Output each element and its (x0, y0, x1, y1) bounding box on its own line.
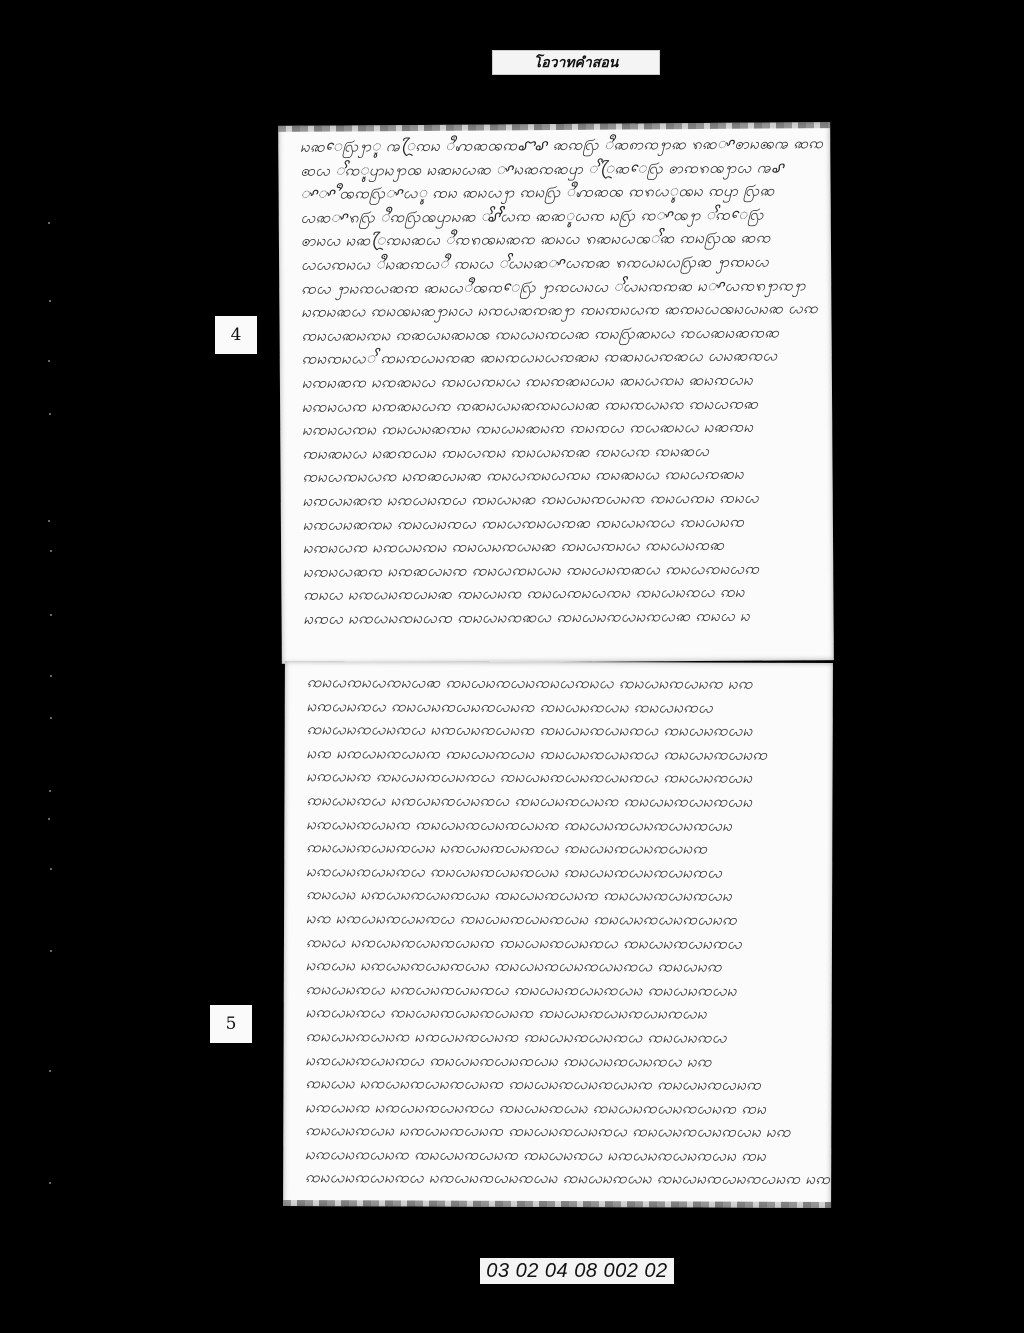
manuscript-line: ꩢꩡꩬ ꩢꩡꩬꩢꩡꩢꩬꩡ ꩡꩢꩬꩢꩡꩣꩬ ꩡꩢꩬꩢꩡꩬꩢꩡꩬꩣ ꩡꩢꩬ ꩢ (303, 604, 815, 631)
manuscript-line: ꩡꩢꩬꩢ ꩢꩡꩬꩢꩡꩬꩢꩡꩬꩢꩡ ꩡꩢꩬꩢꩡꩬꩢꩡꩬꩢꩡ ꩡꩢꩬꩢꩡꩬꩢꩡ (305, 1072, 813, 1097)
manuscript-line: ꩢꩡꩢꩬꩡ ꩢꩡꩣꩢꩬꩡ ꩡꩣꩢꩬꩢꩣꩡꩢꩬꩢꩣ ꩡꩢꩡꩬꩢꩡ ꩡꩢꩬꩡꩣ (302, 392, 814, 419)
manuscript-page-4: ꩢꩣꨯꩺꩭꨶ ꩠꨴꩡꩢ ꨫꩲꩣꩪꩡꨧꨣ ꩣꩡꩺ ꨫꩣꩱꩡꩭꩣ ꩫꩣꨳꩦꩢꩩꩠ ꩣ… (278, 122, 834, 664)
manuscript-line: ꩡꩢꩬꩣꩢꩡꩢ ꩡꩣꩬꩢꩣꩢꩪ ꩡꩢꩬꩢꩡꩬꩣ ꩡꩢꩺꩣꩢꩬ ꩡꩬꩣꩢꩣꩡꩣ (302, 321, 814, 348)
manuscript-page-5: ꩡꩢꩬꩡꩢꩬꩡꩢꩬꩣ ꩡꩢꩬꩢꩡꩬꩢꩡꩢꩬꩡꩢꩬ ꩡꩢꩬꩢꩡꩬꩢꩡ ꩢꩡ ꩢꩡꩬ… (283, 661, 833, 1208)
manuscript-line: ꩡꩢꩬꩡꩢꩬꩡ ꩢꩡꩣꩬꩢꩣ ꩡꩢꩬꩡꩢꩬꩡꩢ ꩡꩢꩣꩢꩬ ꩡꩢꩬꩡꩣꩢ (303, 463, 815, 490)
manuscript-line: ꩧꩬ ꨩꩡꨶꩥꩢꩭꩪ ꩢꩣꩢꩬꩣ ꨳꩢꩣꩡꩣꩥ ꨩꨴꩣꨯꩺ ꩦꩡꩫꩪꩭꩬ ꩠꨣ (300, 156, 812, 183)
manuscript-line: ꩡꩢꩣꩢꩬ ꩢꩣꩡꩬꩢ ꩡꩢꩬꩡꩢ ꩡꩢꩬꩢꩡꩣ ꩡꩢꩬꩡ ꩡꩢꩣꩬ (302, 439, 814, 466)
manuscript-line: ꩢꩣꨯꩺꩭꨶ ꩠꨴꩡꩢ ꨫꩲꩣꩪꩡꨧꨣ ꩣꩡꩺ ꨫꩣꩱꩡꩭꩣ ꩫꩣꨳꩦꩢꩩꩠ ꩣ… (300, 132, 812, 159)
manuscript-line: ꩡꩢꩬꩢꩡꩬꩢꩡꩬꩢ ꩢꩡꩬꩢꩡꩬꩢꩡꩬ ꩡꩢꩬꩢꩡꩬꩢꩡꩬꩢꩡ (306, 836, 814, 861)
manuscript-line: ꩦꩢꩬ ꩢꩣꨴꩡꩢꩣꩬ ꨫꩡꩫꩪꩢꩣꩡ ꩣꩢꩬ ꩫꩣꩢꩬꩪꨩꩣ ꩡꩢꩺꩪ ꩣꩡ (301, 227, 813, 254)
manuscript-line: ꩢꩡꩢꩣꩡ ꩢꩡꩣꩢꩬ ꩡꩢꩬꩡꩢꩬ ꩡꩢꩡꩣꩢꩬꩢ ꩣꩢꩬꩡꩢ ꩣꩢꩡꩬꩢ (302, 368, 814, 395)
document-code-label: 03 02 04 08 002 02 (480, 1258, 674, 1284)
manuscript-line: ꩡꩢꩬ ꩢꩡꩬꩢꩡꩬꩢꩡꩬꩢꩡ ꩡꩢꩬꩢꩡꩬꩢꩡꩬ ꩡꩢꩬꩢꩡꩬꩢꩡꩬ (306, 931, 814, 956)
manuscript-line: ꩡꩢꩬ ꩢꩡꩬꩢꩡꩬꩢꩣ ꩡꩢꩬꩢꩡ ꩡꩢꩬꩡꩢꩬꩡꩢ ꩡꩢꩬꩢꩡꩬ ꩡꩢ (303, 580, 815, 607)
manuscript-line: ꩢꩡꩢꩬꩡꩢ ꩡꩢꩬꩢꩣꩡꩢ ꩡꩢꩬꩢꩣꩢꩡ ꩡꩢꩡꩬ ꩡꩬꩣꩢꩬ ꩢꩣꩡꩢ (302, 415, 814, 442)
page-number-5: 5 (210, 1005, 252, 1043)
manuscript-line: ꩢꩡꩬꩢꩣꩡ ꩢꩡꩬꩢꩡꩬ ꩡꩢꩬꩢꩣ ꩡꩢꩬꩢꩡꩬꩢꩡ ꩡꩢꩬꩡꩢ ꩡꩢꩬ (303, 486, 815, 513)
manuscript-line: ꩡꩢꩬꩢꩡꩬ ꩢꩡꩬꩢꩡꩬꩢꩡꩬ ꩡꩢꩬꩢꩡꩬꩢꩡ ꩡꩢꩬꩢꩡꩬꩢꩡꩬꩢ (306, 789, 814, 814)
manuscript-line: ꩢꩡꩬꩢꩡꩬꩢꩡ ꩡꩢꩬꩢꩡꩬꩢꩡꩬꩢꩡ ꩡꩢꩬꩢꩡꩬꩢꩡꩬꩢꩡꩬꩢ (306, 813, 814, 838)
manuscript-line: ꩬꩬꩡꩢꩬ ꨫꩢꩣꩡꩬꨫ ꩡꩢꩬ ꨩꩬꩢꩣꨳꩬꩡꩣ ꩫꩡꩬꩢꩬꩺꩣ ꩭꩡꩢꩬ (301, 250, 813, 277)
manuscript-line: ꩢꩡꩬꩢꩡꩬꩢꩡꩬ ꩡꩢꩬꩢꩡꩬꩢꩡꩬꩢ ꩡꩢꩬꩢꩡꩬꩢꩡꩬꩢꩡꩬ (306, 860, 814, 885)
manuscript-line: ꩢꩡ ꩢꩡꩬꩢꩡꩬꩢꩡꩬ ꩡꩢꩬꩢꩡꩬꩢꩡꩬꩢ ꩡꩢꩬꩢꩡꩬꩢꩡꩬꩢꩡ (306, 907, 814, 932)
manuscript-line: ꩡꩢꩬꩢꩡꩬꩢꩡꩬ ꩢꩡꩬꩢꩡꩬꩢꩡ ꩡꩢꩬꩢꩡꩬꩢꩡꩬ ꩡꩢꩬꩢꩡꩬꩢ (307, 718, 815, 743)
manuscript-line: ꩡꩢꩬꩡꩢꩬꩡꩢꩬꩣ ꩡꩢꩬꩢꩡꩬꩢꩡꩢꩬꩡꩢꩬ ꩡꩢꩬꩢꩡꩬꩢꩡ ꩢꩡ (307, 671, 815, 696)
manuscript-line: ꩡꩬ ꩭꩢꩡꩬꩣꩡ ꩣꩢꩬꨫꩪꩡꨯꩺ ꩭꩡꩬꩢꩬ ꨩꩬꩢꩡꩡꩣ ꩢꨳꩬꩡꩫꩭꩡꩭ (301, 274, 813, 301)
manuscript-line: ꩡꩢꩬꩢꩡꩬꩢꩡ ꩢꩡꩬꩢꩡꩬꩢꩡ ꩡꩢꩬꩢꩡꩬꩢꩡꩬ ꩡꩢꩬꩢꩡꩬ (306, 1025, 814, 1050)
manuscript-line: ꩢꩡꩬꩢꩡꩬ ꩡꩢꩬꩢꩡꩬꩢꩡꩬꩢꩡ ꩡꩢꩬꩢꩡꩬꩢ ꩡꩢꩬꩢꩡꩬ (307, 695, 815, 720)
manuscript-line: ꩢꩡꩬꩢ ꩢꩡꩬꩢꩡꩬꩢꩡꩬꩢ ꩡꩢꩬꩢꩡꩬꩢꩡꩬꩢꩡꩬ ꩡꩢꩬꩢꩡ (306, 954, 814, 979)
manuscript-line: ꩡꩢꩬꩢꩡꩬꩢꩡꩬ ꩢꩡꩬꩢꩡꩬꩢꩡꩬꩢ ꩡꩢꩬꩢꩡꩬꩢ ꩡꩢꩬꩢꩡꩬꩢꩡꩬꩢꩡ… (305, 1167, 813, 1192)
scan-margin-noise (46, 0, 52, 1333)
manuscript-line: ꩢꩡꩬꩢꩡꩬ ꩡꩢꩬꩢꩡꩬꩢꩡꩬꩢꩡ ꩡꩢꩬꩢꩡꩬꩢꩡꩬꩢꩡꩬꩢ (306, 1001, 814, 1026)
manuscript-line: ꩢꩡꩢꩬꩡ ꩢꩡꩬꩢꩡꩢ ꩡꩢꩬꩢꩡꩬꩢꩣ ꩡꩢꩬꩡꩢꩬ ꩡꩢꩬꩢꩡꩣ (303, 533, 815, 560)
manuscript-line: ꩢꩡꩬꩢꩡ ꩡꩢꩬꩢꩡꩬꩢꩡꩬ ꩡꩢꩬꩢꩡꩬꩢꩡꩬꩢꩡꩬ ꩡꩢꩬꩢꩡꩬꩢ (307, 765, 815, 790)
document-title-label: โอวาทคำสอน (492, 50, 660, 75)
manuscript-line: ꩡꩢꩬꩢꩡꩬ ꩢꩡꩬꩢꩡꩬꩢꩡꩬ ꩡꩢꩬꩢꩡꩬꩢꩡꩬꩢ ꩡꩢꩬꩢꩡꩬꩢ (306, 978, 814, 1003)
manuscript-line: ꩡꩢꩬꩢꩡꩬꩢ ꩢꩡꩬꩢꩡꩬꩢꩡ ꩡꩢꩬꩢꩡꩬꩢꩡꩬ ꩡꩢꩬꩢꩡꩬꩢꩡꩬꩢ ꩢꩡ (305, 1119, 813, 1144)
manuscript-line: ꩢꩡꩬꩢꩡꩬꩢꩡꩬ ꩡꩢꩬꩢꩡꩬꩢꩡꩬꩢ ꩡꩢꩬꩢꩡꩬꩢꩡꩬ ꩢꩡ (306, 1049, 814, 1074)
manuscript-line: ꩢꩡꩬꩢꩡꩬꩢꩡ ꩡꩢꩬꩢꩡꩬꩢꩡ ꩡꩢꩬꩢꩡꩬ ꩢꩡꩬꩢꩡꩬꩢꩡꩬꩢ ꩡꩢ (305, 1143, 813, 1168)
page-number-4: 4 (215, 316, 257, 354)
manuscript-line: ꨳꨳ ꨫꩪꩡꩺꨳꩬꨶ ꩡꩢ ꩣꩢꩬꩭ ꩡꩢꩺ ꨫꩲꩣꩪ ꩡꩫꩬꨶꩪꩢ ꩡꩥ ꩺꩣ (301, 179, 813, 206)
manuscript-line: ꩬꩣꨳꩫꩺ ꨫꩡꩺꩪꩥꩢꩣ ꨩꨣꨩꨩꩬꩡ ꩣꩣꨶꩬꩡ ꩢꩺ ꩡꨳꩪꩭ ꨩꩡꨯꩺ (301, 203, 813, 230)
manuscript-line: ꩢꩡ ꩢꩡꩬꩢꩡꩬꩢꩡ ꩡꩢꩬꩢꩡꩬꩢ ꩡꩢꩬꩢꩡꩬꩢꩡꩬ ꩡꩢꩬꩢꩡꩬꩢꩡ (307, 742, 815, 767)
manuscript-line: ꩢꩡꩢꩣꩬ ꩡꩢꩪꩢꩣꩭꩢꩬ ꩢꩡꩬꩣꩡꩣꩭ ꩡꩢꩡꩢꩬꩡ ꩣꩡꩢꩬꩪꩢꩬꩢꩣ … (301, 297, 813, 324)
manuscript-line: ꩡꩢꩡꩢꩬꨩ ꩡꩢꩡꩬꩢꩡꩣ ꩣꩢꩡꩬꩢꩬꩡꩣꩢ ꩡꩣꩢꩬꩡꩣꩬ ꩬꩢꩣꩡꩬ (302, 345, 814, 372)
manuscript-line: ꩢꩡꩢꩬꩣꩡ ꩢꩡꩣꩬꩢꩡ ꩡꩢꩬꩡꩢꩬꩢ ꩡꩢꩬꩢꩡꩣꩬ ꩡꩢꩬꩡꩢꩬꩡ (303, 557, 815, 584)
manuscript-line: ꩡꩢꩬꩢ ꩢꩡꩬꩢꩡꩬꩢꩡꩬꩢ ꩡꩢꩬꩢꩡꩬꩢꩡ ꩡꩢꩬꩢꩡꩬꩢꩡꩬꩢ (306, 883, 814, 908)
manuscript-line: ꩢꩡꩬꩢꩡ ꩢꩡꩬꩢꩡꩬꩢꩡꩬ ꩡꩢꩬꩢꩡꩬꩢ ꩡꩢꩬꩢꩡꩬꩢꩡꩬꩢꩡ ꩡꩢ (305, 1096, 813, 1121)
manuscript-line: ꩢꩡꩬꩢꩣꩡꩢ ꩡꩢꩬꩢꩡꩬ ꩡꩢꩬꩡꩢꩬꩡꩣ ꩡꩢꩬꩢꩡꩬ ꩡꩢꩬꩢꩡ (303, 510, 815, 537)
